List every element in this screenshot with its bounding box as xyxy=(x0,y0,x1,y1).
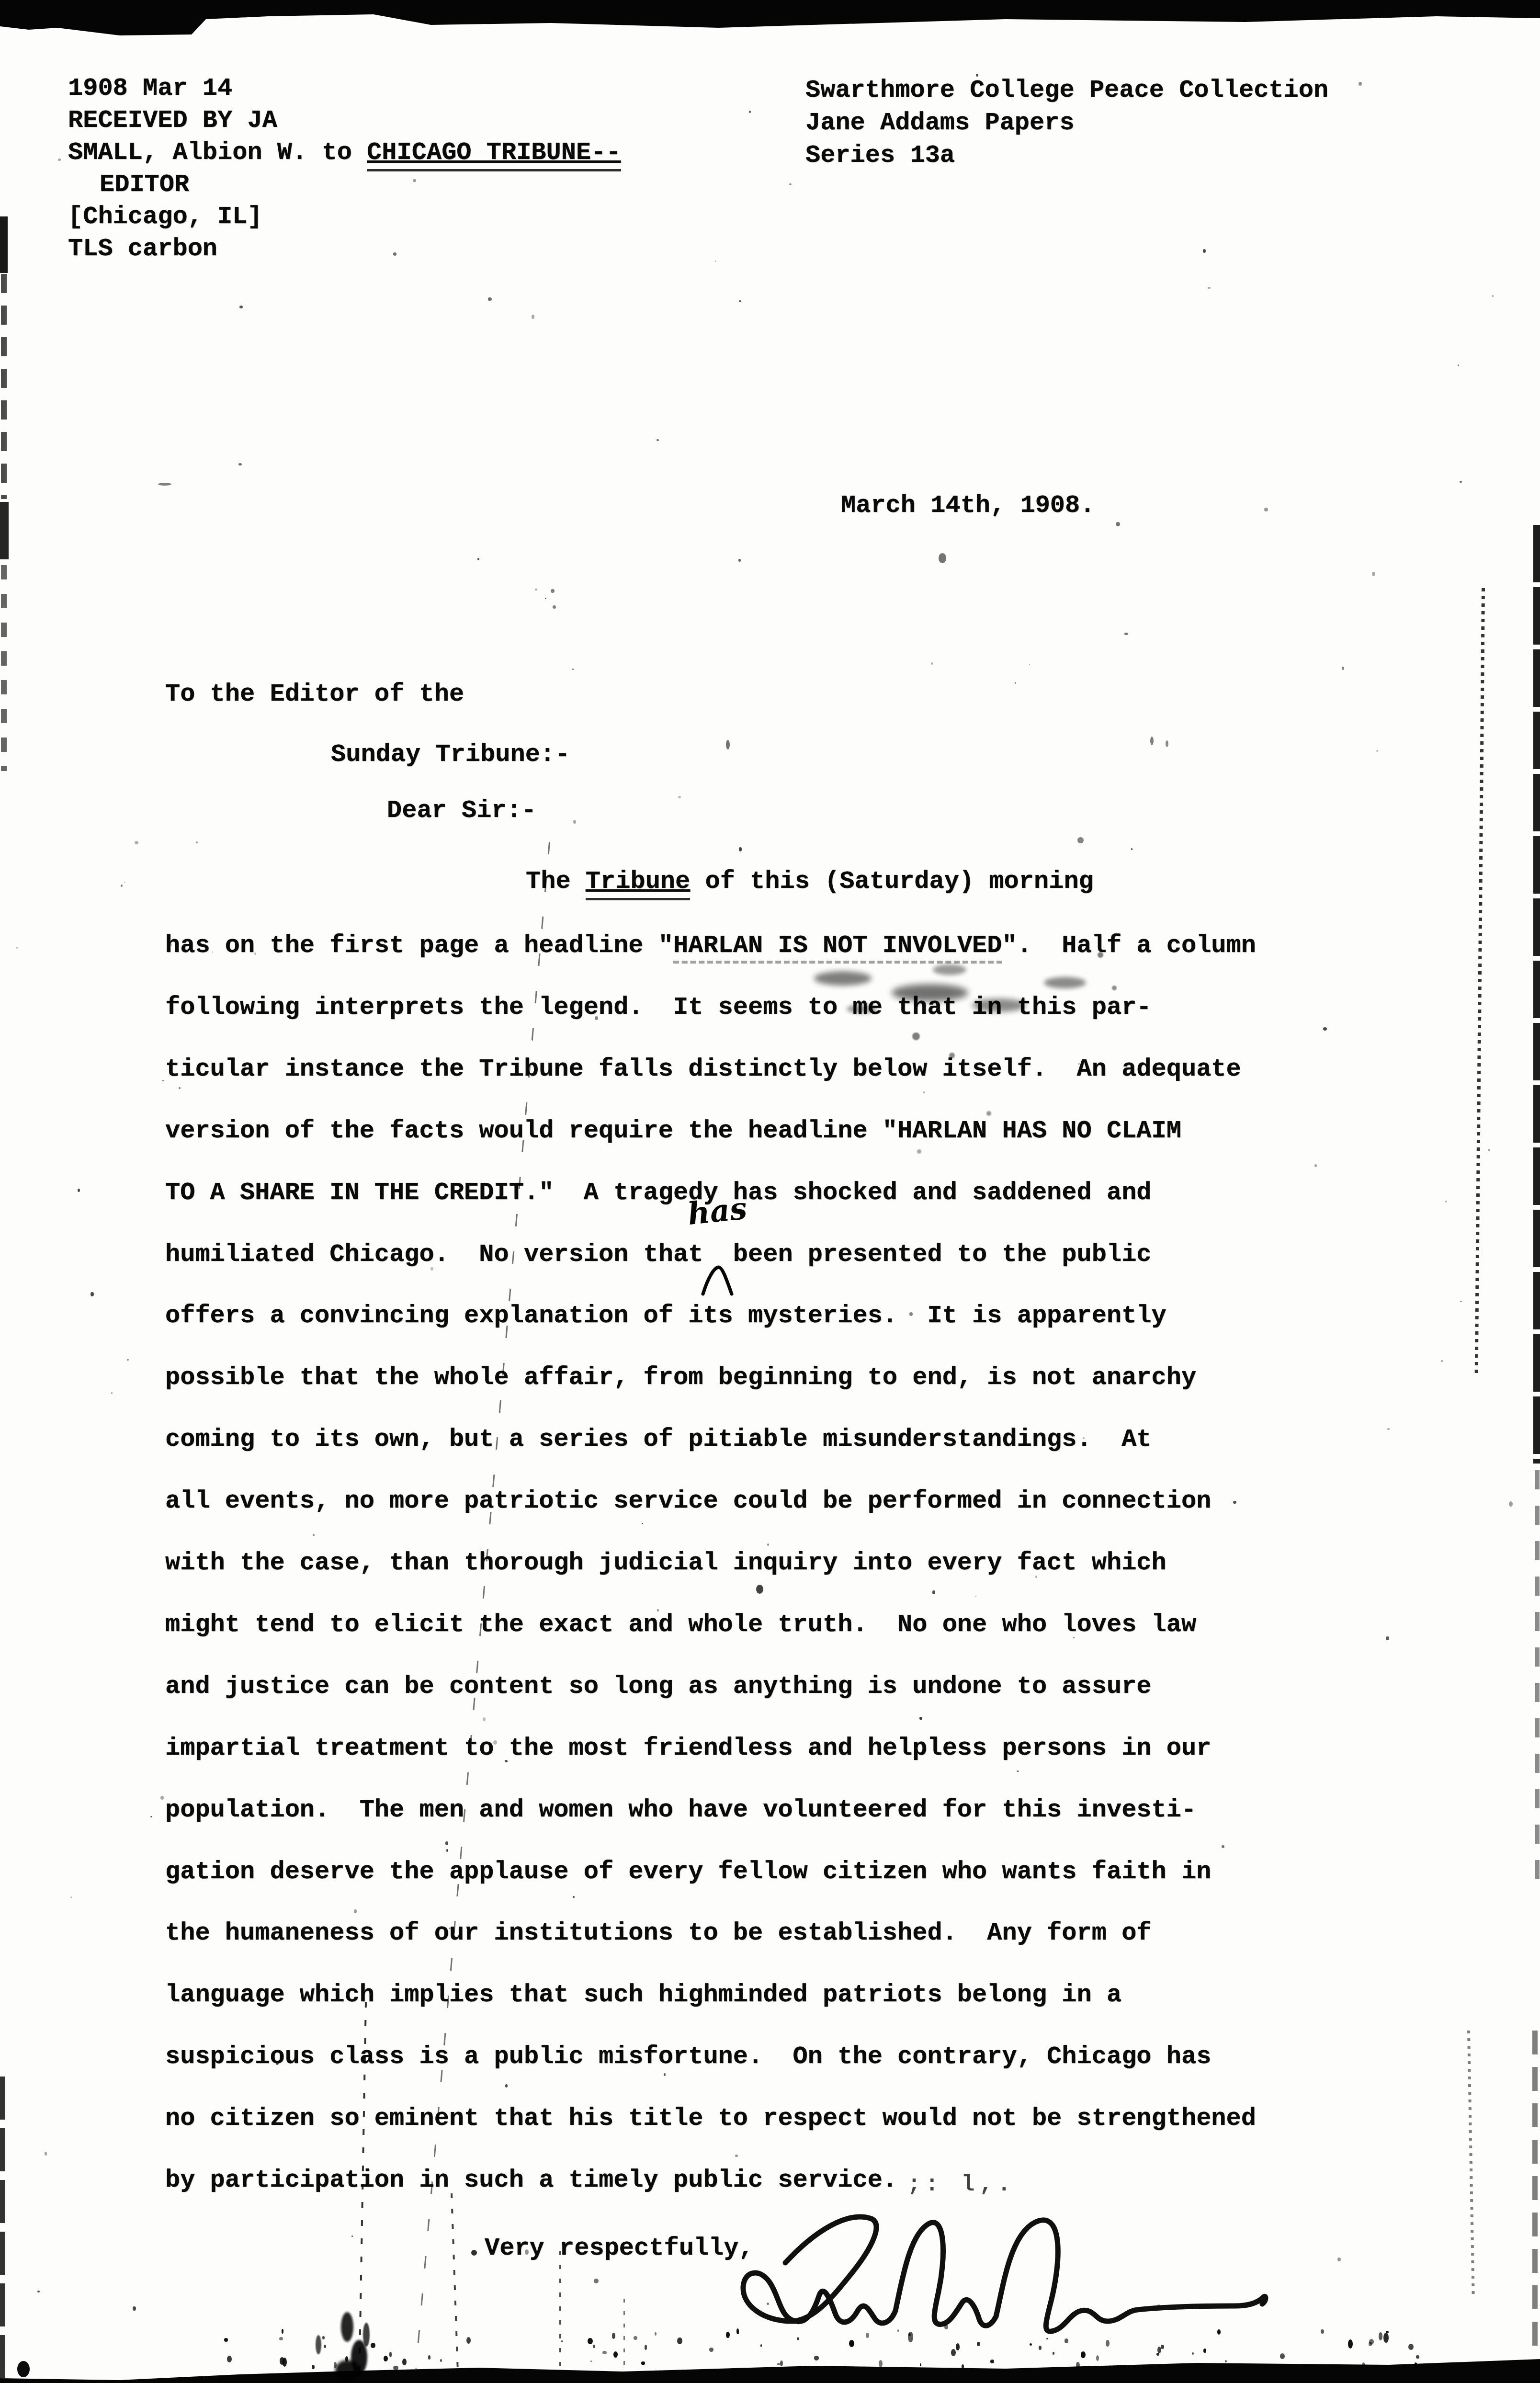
ink-speck xyxy=(135,841,138,844)
body-line: possible that the whole affair, from beg… xyxy=(165,1363,1196,1392)
ink-speck xyxy=(58,159,61,161)
ink-speck xyxy=(179,1087,181,1089)
ink-speck xyxy=(37,2291,40,2292)
ink-speck xyxy=(551,589,555,593)
ink-speck xyxy=(279,2337,283,2340)
ink-speck xyxy=(1414,2362,1417,2369)
ink-speck xyxy=(91,1292,93,1296)
ink-speck xyxy=(483,1717,486,1721)
ink-speck xyxy=(949,1053,955,1058)
ink-speck xyxy=(1039,2346,1042,2350)
ink-speck xyxy=(1337,2258,1341,2261)
salutation-line-3: Dear Sir:- xyxy=(387,796,536,825)
ink-speck xyxy=(726,2332,730,2338)
ink-speck xyxy=(78,1189,80,1192)
ink-speck xyxy=(259,1749,260,1750)
scan-streak xyxy=(0,216,8,273)
ink-speck xyxy=(939,553,946,563)
signature xyxy=(670,2191,1283,2349)
ink-speck xyxy=(445,1841,449,1845)
scan-streak xyxy=(1532,2031,1538,2347)
ink-speck xyxy=(1362,2362,1365,2369)
ink-speck xyxy=(595,1016,599,1020)
ink-speck xyxy=(111,1392,113,1394)
ink-speck xyxy=(1264,508,1268,511)
ink-speck xyxy=(739,847,742,851)
ink-speck xyxy=(505,2084,508,2088)
ink-speck xyxy=(612,2333,616,2338)
ink-speck xyxy=(1166,740,1168,747)
ink-speck xyxy=(1280,2353,1285,2359)
ink-speck xyxy=(634,2336,637,2340)
body-line: coming to its own, but a series of pitia… xyxy=(165,1425,1152,1454)
scan-streak xyxy=(1,274,7,499)
ink-speck xyxy=(767,1543,769,1546)
ink-speck xyxy=(1509,1501,1513,1507)
ink-speck xyxy=(1131,848,1133,850)
ink-speck xyxy=(1208,287,1211,289)
ink-speck xyxy=(70,1896,72,1898)
ink-speck xyxy=(593,2345,595,2348)
scan-streak xyxy=(0,502,9,559)
stamp-received: RECEIVED BY JA xyxy=(68,106,277,135)
ink-speck xyxy=(224,2338,228,2342)
body-line: suspicious class is a public misfortune.… xyxy=(165,2042,1211,2071)
ink-speck xyxy=(17,2361,30,2377)
scan-streak xyxy=(623,2299,625,2375)
body-line: population. The men and women who have v… xyxy=(165,1795,1196,1825)
ink-speck xyxy=(124,882,125,883)
ink-speck xyxy=(488,297,492,301)
scan-streak xyxy=(1467,2031,1475,2299)
body-line: language which implies that such highmin… xyxy=(165,1980,1121,2009)
ink-speck xyxy=(709,2348,713,2351)
ink-speck xyxy=(912,1033,920,1040)
body-line: might tend to elicit the exact and whole… xyxy=(165,1610,1196,1639)
ink-speck xyxy=(1386,1636,1389,1640)
ink-speck xyxy=(1081,2351,1086,2358)
ink-speck xyxy=(133,2306,136,2310)
ink-speck xyxy=(1161,2345,1164,2349)
ink-speck xyxy=(16,947,18,949)
collection-name: Swarthmore College Peace Collection xyxy=(805,76,1328,105)
ink-speck xyxy=(532,315,535,318)
stamp-date: 1908 Mar 14 xyxy=(68,74,232,103)
ink-speck xyxy=(1372,572,1375,576)
scan-streak xyxy=(0,2077,5,2378)
salutation-line-2: Sunday Tribune:- xyxy=(331,740,570,769)
ink-speck xyxy=(908,2333,911,2336)
body-line: ticular instance the Tribune falls disti… xyxy=(165,1055,1241,1084)
ink-speck xyxy=(613,2351,618,2358)
scan-bottom-edge xyxy=(0,2345,1540,2383)
ink-speck xyxy=(1203,249,1206,253)
ink-speck xyxy=(127,1359,129,1361)
ink-speck xyxy=(655,2332,657,2336)
ink-speck xyxy=(923,1091,925,1093)
ink-speck xyxy=(975,1596,976,1597)
ink-speck xyxy=(657,439,658,441)
ink-speck xyxy=(847,1005,877,1013)
ink-speck xyxy=(573,820,576,824)
ink-speck xyxy=(1460,481,1462,483)
scan-streak xyxy=(1535,1470,1540,1882)
ink-speck xyxy=(756,1585,763,1594)
scan-streak xyxy=(1475,588,1485,1373)
stamp-editor: EDITOR xyxy=(100,170,189,199)
ink-speck xyxy=(371,2343,375,2348)
body-line: with the case, than thorough judicial in… xyxy=(165,1548,1166,1577)
body-line: offers a convincing explanation of its m… xyxy=(165,1301,1166,1330)
ink-speck xyxy=(471,2250,477,2256)
ink-speck xyxy=(1035,1576,1037,1578)
ink-speck xyxy=(990,2360,994,2363)
salutation-line-1: To the Editor of the xyxy=(165,680,464,709)
ink-speck xyxy=(677,2338,682,2344)
ink-speck xyxy=(594,2279,599,2283)
ink-speck xyxy=(413,179,416,182)
ink-speck xyxy=(811,1690,812,1691)
ink-speck xyxy=(493,1740,497,1745)
ink-speck xyxy=(739,300,741,302)
ink-speck xyxy=(1098,952,1103,958)
ink-speck xyxy=(726,740,730,749)
ink-speck xyxy=(1029,664,1030,665)
ink-speck xyxy=(986,1111,991,1116)
body-line: humiliated Chicago. No version that been… xyxy=(165,1240,1152,1269)
ink-speck xyxy=(351,2235,353,2237)
ink-speck xyxy=(316,2335,321,2354)
papers-name: Jane Addams Papers xyxy=(805,108,1075,137)
ink-speck xyxy=(849,2340,854,2347)
ink-speck xyxy=(972,999,1026,1012)
ink-speck xyxy=(1083,1437,1084,1439)
ink-speck xyxy=(678,796,681,798)
body-line: TO A SHARE IN THE CREDIT." A tragedy has… xyxy=(165,1178,1152,1207)
scanned-letter-page: 1908 Mar 14 RECEIVED BY JA SMALL, Albion… xyxy=(0,0,1540,2383)
ink-speck xyxy=(1369,2342,1372,2347)
body-line: and justice can be content so long as an… xyxy=(165,1672,1152,1701)
ink-speck xyxy=(1383,2333,1388,2343)
ink-speck xyxy=(1015,682,1016,683)
ink-speck xyxy=(933,965,966,975)
ink-speck xyxy=(341,2312,353,2342)
ink-speck xyxy=(466,2337,471,2344)
body-line: the humaneness of our institutions to be… xyxy=(165,1918,1152,1948)
ink-speck xyxy=(590,2360,592,2362)
ink-speck xyxy=(150,1816,152,1817)
ink-speck xyxy=(313,1534,315,1536)
ink-speck xyxy=(642,1523,643,1524)
ink-speck xyxy=(393,252,396,256)
ink-speck xyxy=(254,953,256,955)
ink-speck xyxy=(892,984,968,1001)
ink-speck xyxy=(505,1760,508,1762)
ink-speck xyxy=(944,2325,948,2329)
ink-speck xyxy=(1106,2340,1109,2347)
ink-speck xyxy=(446,1849,448,1852)
ink-speck xyxy=(1150,737,1154,745)
ink-speck xyxy=(561,2340,563,2342)
ink-speck xyxy=(814,971,872,986)
ink-speck xyxy=(919,1717,922,1720)
ink-speck xyxy=(449,1928,451,1929)
scan-top-edge xyxy=(0,0,1540,43)
body-line: no citizen so eminent that his title to … xyxy=(165,2104,1256,2133)
ink-speck xyxy=(121,885,123,887)
ink-speck xyxy=(477,558,479,560)
ink-speck xyxy=(1492,295,1494,297)
ink-speck xyxy=(158,483,171,486)
ink-speck xyxy=(1376,750,1378,752)
scan-streak xyxy=(559,2251,561,2375)
body-line: version of the facts would require the h… xyxy=(165,1116,1181,1146)
ink-speck xyxy=(282,2329,284,2334)
ink-speck xyxy=(1379,2332,1382,2340)
ink-speck xyxy=(393,2366,398,2371)
ink-speck xyxy=(1025,1130,1029,1134)
ink-speck xyxy=(573,1896,575,1898)
ink-speck xyxy=(1314,1164,1317,1167)
ink-speck xyxy=(1359,82,1362,86)
ink-speck xyxy=(45,2152,47,2155)
ink-speck xyxy=(1460,1301,1462,1302)
scan-streak xyxy=(1,565,7,771)
ink-speck xyxy=(1458,364,1459,366)
ink-speck xyxy=(1030,2343,1032,2346)
ink-speck xyxy=(1203,2349,1206,2353)
stamp-place: [Chicago, IL] xyxy=(68,202,262,231)
ink-speck xyxy=(239,306,243,308)
ink-speck xyxy=(1124,633,1128,635)
ink-speck xyxy=(920,2363,921,2366)
ink-speck xyxy=(780,2360,783,2366)
ink-speck xyxy=(664,2073,666,2076)
ink-speck xyxy=(1112,986,1117,990)
stamp-doc-type: TLS carbon xyxy=(68,234,217,263)
ink-speck xyxy=(160,1796,164,1800)
ink-speck xyxy=(1416,2355,1419,2358)
ink-speck xyxy=(363,2323,370,2347)
ink-speck xyxy=(1217,2329,1221,2335)
ink-speck xyxy=(1078,1063,1080,1065)
ink-speck xyxy=(1342,667,1345,670)
body-line: has on the first page a headline "HARLAN… xyxy=(165,931,1256,960)
body-line: impartial treatment to the most friendle… xyxy=(165,1734,1211,1763)
ink-speck xyxy=(212,952,213,953)
ink-speck xyxy=(1077,837,1084,843)
ink-speck xyxy=(909,1312,913,1316)
ink-speck xyxy=(572,669,574,670)
opening-line: The Tribune of this (Saturday) morning xyxy=(526,867,1094,896)
ink-speck xyxy=(1053,2352,1054,2355)
ink-speck xyxy=(641,2361,645,2364)
ink-speck xyxy=(657,1609,659,1611)
ink-speck xyxy=(917,1149,921,1154)
letter-date: March 14th, 1908. xyxy=(841,491,1095,520)
ink-speck xyxy=(1017,1770,1019,1772)
ink-speck xyxy=(1321,2329,1324,2334)
scan-streak xyxy=(1533,525,1540,1464)
ink-speck xyxy=(1387,1428,1389,1430)
ink-speck xyxy=(1064,2338,1069,2343)
ink-speck xyxy=(715,261,716,262)
ink-speck xyxy=(1445,1201,1447,1202)
ink-speck xyxy=(334,2362,337,2368)
series-number: Series 13a xyxy=(805,141,955,170)
ink-speck xyxy=(170,944,171,946)
ink-speck xyxy=(932,1590,935,1594)
body-line: by participation in such a timely public… xyxy=(165,2166,897,2195)
ink-speck xyxy=(1323,1027,1327,1031)
ink-speck xyxy=(738,559,741,562)
ink-speck xyxy=(1076,2362,1079,2368)
ink-speck xyxy=(735,2155,738,2156)
ink-speck xyxy=(335,2360,360,2380)
ink-speck xyxy=(238,463,242,465)
body-line: all events, no more patriotic service co… xyxy=(165,1487,1211,1516)
ink-speck xyxy=(588,2338,593,2345)
insertion-caret-icon xyxy=(700,1264,735,1297)
ink-speck xyxy=(196,841,198,843)
ink-speck xyxy=(384,2356,388,2361)
handwritten-insertion: has xyxy=(686,1191,748,1233)
ink-speck xyxy=(1233,1501,1236,1504)
ink-speck xyxy=(354,1909,357,1913)
ink-speck xyxy=(525,2249,529,2255)
ink-speck xyxy=(162,1080,164,1081)
ink-speck xyxy=(789,183,791,185)
ink-speck xyxy=(749,111,751,113)
ink-speck xyxy=(1192,2352,1194,2355)
ink-speck xyxy=(322,2336,325,2340)
body-line: gation deserve the applause of every fel… xyxy=(165,1857,1211,1886)
ink-speck xyxy=(645,2345,647,2350)
ink-speck xyxy=(402,2359,407,2366)
ink-speck xyxy=(1441,1360,1442,1362)
ink-speck xyxy=(1488,1149,1490,1151)
ink-speck xyxy=(602,2351,606,2354)
ink-speck xyxy=(545,598,547,600)
ink-speck xyxy=(879,2360,883,2367)
stamp-correspondents: SMALL, Albion W. to CHICAGO TRIBUNE-- xyxy=(68,138,621,167)
ink-speck xyxy=(1222,1845,1224,1848)
ink-speck xyxy=(931,662,933,665)
ink-speck xyxy=(1157,2304,1160,2307)
ink-speck xyxy=(312,2365,315,2369)
ink-speck xyxy=(1116,522,1120,526)
ink-speck xyxy=(777,2363,780,2365)
ink-speck xyxy=(553,605,556,609)
ink-speck xyxy=(430,1267,433,1271)
ink-speck xyxy=(227,2356,232,2362)
ink-speck xyxy=(854,159,855,161)
ink-speck xyxy=(440,2359,442,2362)
ink-speck xyxy=(1386,2331,1389,2333)
ink-speck xyxy=(977,2342,980,2346)
ink-speck xyxy=(1044,977,1086,988)
ink-speck xyxy=(535,589,537,590)
